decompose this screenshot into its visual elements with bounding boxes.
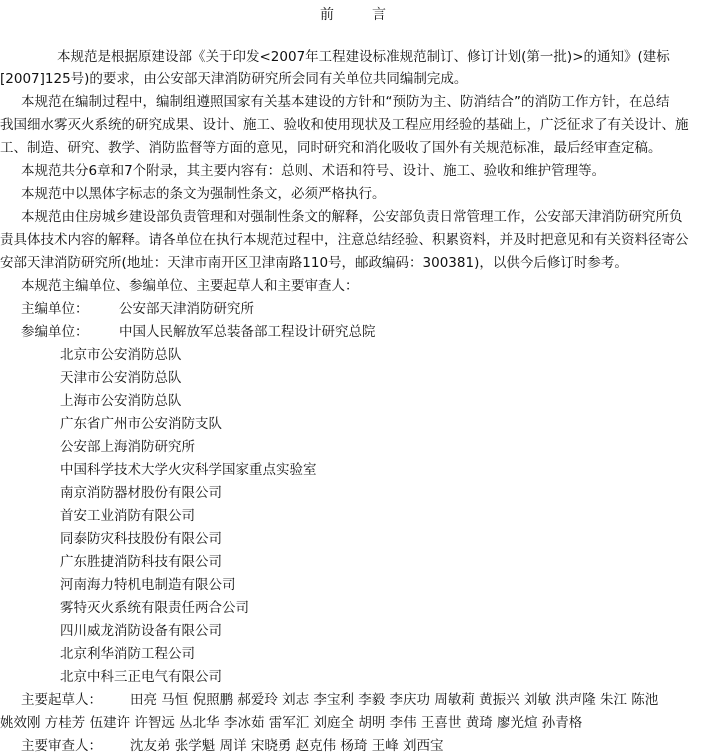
participating-unit: 河南海力特机电制造有限公司 (60, 574, 236, 596)
paragraph-text: 本规范共分6章和7个附录，其主要内容有：总则、术语和符号、设计、施工、验收和维护… (21, 160, 605, 182)
participating-unit: 上海市公安消防总队 (60, 390, 182, 412)
paragraph-text: 我国细水雾灭火系统的研究成果、设计、施工、验收和使用现状及工程应用经验的基础上，… (0, 114, 689, 136)
paragraph-text: 本规范在编制过程中，编制组遵照国家有关基本建设的方针和“预防为主、防消结合”的消… (21, 91, 670, 113)
participating-unit: 四川威龙消防设备有限公司 (60, 620, 222, 642)
participating-unit: 广东省广州市公安消防支队 (60, 413, 222, 435)
paragraph-text: 本规范是根据原建设部《关于印发<2007年工程建设标准规范制订、修订计划(第一批… (57, 46, 670, 68)
participating-unit: 雾特灭火系统有限责任两合公司 (60, 597, 249, 619)
participating-unit: 北京利华消防工程公司 (60, 643, 195, 665)
paragraph-text: 安部天津消防研究所(地址：天津市南开区卫津南路110号，邮政编码：300381)… (0, 252, 628, 274)
reviewers-row: 主要审查人：沈友弟 张学魁 周详 宋晓勇 赵克伟 杨琦 王峰 刘西宝 (21, 735, 444, 753)
reviewers-label: 主要审查人： (21, 735, 130, 753)
chief-unit-row: 主编单位：公安部天津消防研究所 (21, 298, 254, 320)
page-title: 前 言 (0, 4, 718, 26)
chief-unit-value: 公安部天津消防研究所 (119, 301, 254, 317)
participating-unit: 北京市公安消防总队 (60, 344, 182, 366)
participating-unit: 同泰防灾科技股份有限公司 (60, 528, 222, 550)
participating-unit: 中国人民解放军总装备部工程设计研究总院 (119, 324, 376, 340)
participating-units-row: 参编单位：中国人民解放军总装备部工程设计研究总院 (21, 321, 376, 343)
drafters-label: 主要起草人： (21, 689, 130, 711)
participating-unit: 北京中科三正电气有限公司 (60, 666, 222, 688)
participating-units-label: 参编单位： (21, 321, 119, 343)
participating-unit: 南京消防器材股份有限公司 (60, 482, 222, 504)
participating-unit: 天津市公安消防总队 (60, 367, 182, 389)
paragraph-text: 本规范由住房城乡建设部负责管理和对强制性条文的解释，公安部负责日常管理工作，公安… (21, 206, 683, 228)
drafters-names-continued: 姚效刚 方桂芳 伍建许 许智远 丛北华 李冰茹 雷军汇 刘庭全 胡明 李伟 王喜… (0, 712, 582, 734)
paragraph-text: 工、制造、研究、教学、消防监督等方面的意见，同时研究和消化吸收了国外有关规范标准… (0, 137, 662, 159)
drafters-row: 主要起草人：田亮 马恒 倪照鹏 郝爱玲 刘志 李宝利 李毅 李庆功 周敏莉 黄振… (21, 689, 658, 711)
participating-unit: 公安部上海消防研究所 (60, 436, 195, 458)
participating-unit: 首安工业消防有限公司 (60, 505, 195, 527)
paragraph-text: 本规范主编单位、参编单位、主要起草人和主要审查人： (21, 275, 359, 297)
participating-unit: 广东胜捷消防科技有限公司 (60, 551, 222, 573)
reviewers-names: 沈友弟 张学魁 周详 宋晓勇 赵克伟 杨琦 王峰 刘西宝 (130, 738, 444, 753)
drafters-names: 田亮 马恒 倪照鹏 郝爱玲 刘志 李宝利 李毅 李庆功 周敏莉 黄振兴 刘敏 洪… (130, 692, 658, 708)
paragraph-text: 本规范中以黑体字标志的条文为强制性条文，必须严格执行。 (21, 183, 386, 205)
chief-unit-label: 主编单位： (21, 298, 119, 320)
participating-unit: 中国科学技术大学火灾科学国家重点实验室 (60, 459, 317, 481)
paragraph-text: [2007]125号)的要求，由公安部天津消防研究所会同有关单位共同编制完成。 (0, 68, 467, 90)
paragraph-text: 责具体技术内容的解释。请各单位在执行本规范过程中，注意总结经验、积累资料，并及时… (0, 229, 689, 251)
